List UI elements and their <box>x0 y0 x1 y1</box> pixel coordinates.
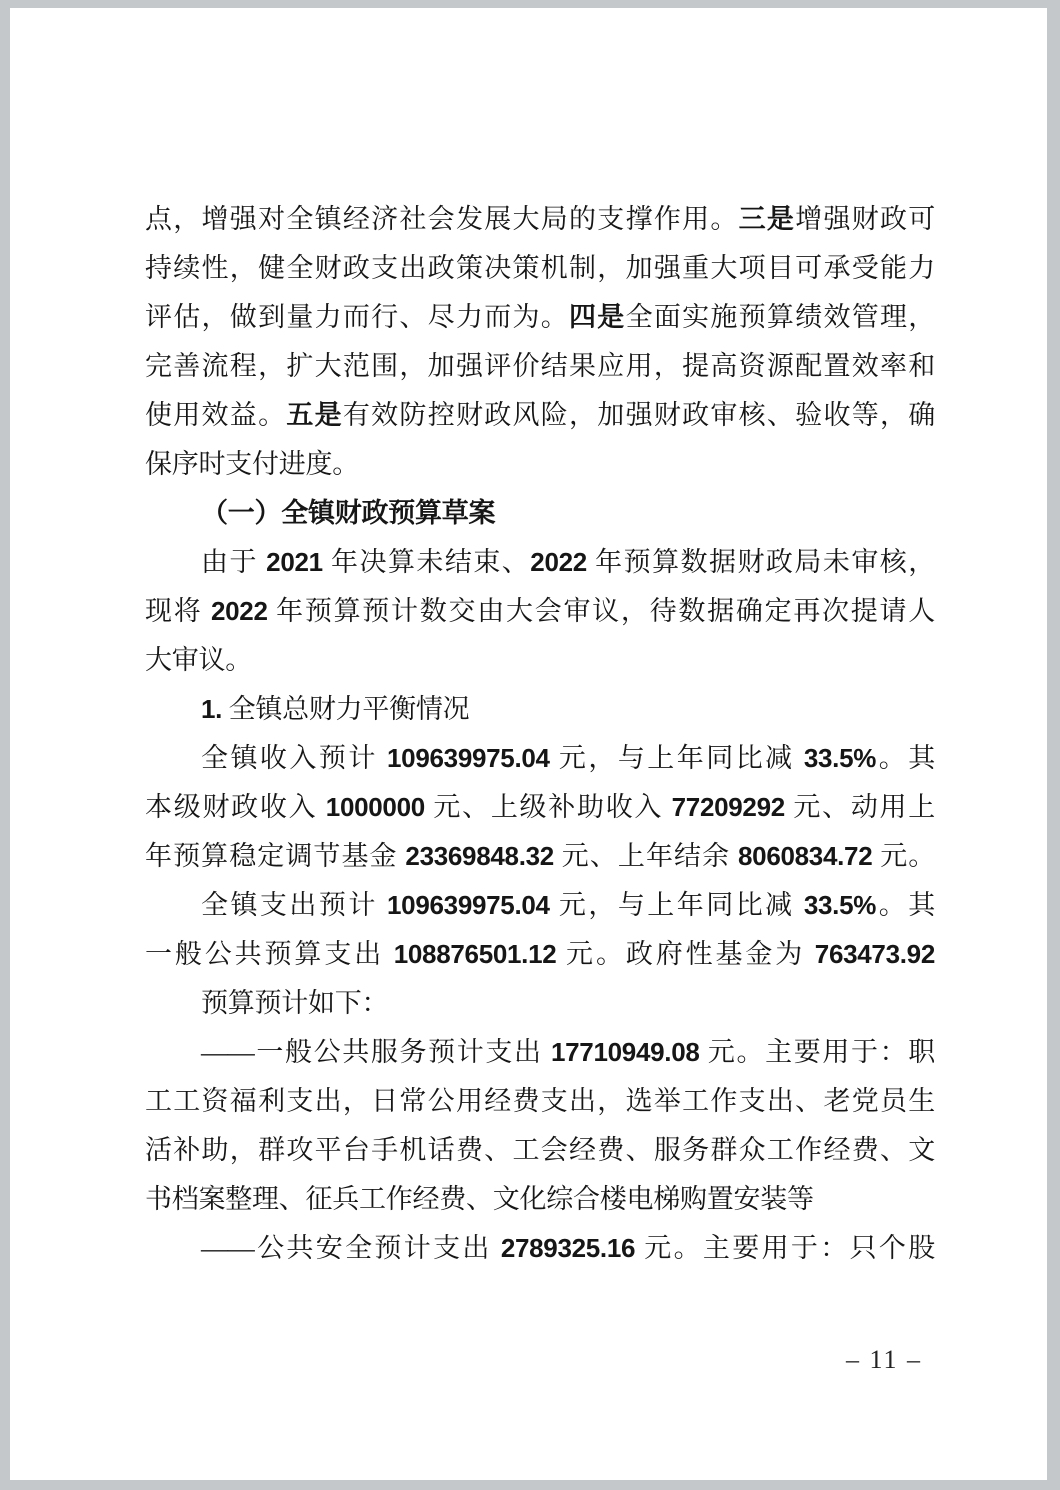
cjk-text: 元。主要用于：职 <box>700 1037 935 1067</box>
cjk-text: ——公共安全预计支出 <box>201 1233 501 1263</box>
cjk-text: 元，与上年同比减 <box>550 743 804 773</box>
cjk-text: 元，与上年同比减 <box>550 890 804 920</box>
document-page: 点，增强对全镇经济社会发展大局的支撑作用。三是增强财政可持续性，健全财政支出政策… <box>10 8 1047 1480</box>
text-line: ——公共安全预计支出 2789325.16 元。主要用于：只个股 <box>145 1224 935 1273</box>
cjk-text: 全镇收入预计 <box>201 743 387 773</box>
text-line: 完善流程，扩大范围，加强评价结果应用，提高资源配置效率和 <box>145 342 935 391</box>
cjk-text: 元、上年结余 <box>554 841 738 871</box>
cjk-text: 点，增强对全镇经济社会发展大局的支撑作用。 <box>145 204 739 234</box>
text-line: 书档案整理、征兵工作经费、文化综合楼电梯购置安装等 <box>145 1175 935 1224</box>
text-line: 持续性，健全财政支出政策决策机制，加强重大项目可承受能力 <box>145 244 935 293</box>
number-text: 109639975.04 <box>387 890 550 920</box>
text-line: 点，增强对全镇经济社会发展大局的支撑作用。三是增强财政可 <box>145 195 935 244</box>
number-text: 1000000 <box>326 792 425 822</box>
cjk-text: 年决算未结束、 <box>323 547 530 577</box>
number-text: 2022 <box>530 547 587 577</box>
cjk-text: 全面实施预算绩效管理， <box>626 302 935 332</box>
page-number: – 11 – <box>804 1345 964 1375</box>
number-text: 108876501.12 <box>394 939 557 969</box>
cjk-text: 元。政府性基金为 <box>556 939 814 969</box>
number-text: 77209292 <box>672 792 785 822</box>
cjk-text: 五是 <box>286 400 343 430</box>
text-line: 由于 2021 年决算未结束、2022 年预算数据财政局未审核， <box>145 538 935 587</box>
cjk-text: 大审议。 <box>145 645 252 675</box>
cjk-text: 增强财政可 <box>795 204 935 234</box>
text-line: 使用效益。五是有效防控财政风险，加强财政审核、验收等，确 <box>145 391 935 440</box>
cjk-text: 元。主要用于：只个股 <box>635 1233 935 1263</box>
cjk-text: 年预算数据财政局未审核， <box>587 547 935 577</box>
cjk-text: 一般公共预算支出 <box>145 939 394 969</box>
cjk-text: 全镇总财力平衡情况 <box>222 694 469 724</box>
cjk-text: 有效防控财政风险，加强财政审核、验收等，确 <box>343 400 935 430</box>
number-text: 33.5% <box>804 890 876 920</box>
number-text: 763473.92 <box>815 939 935 969</box>
cjk-text: ——一般公共服务预计支出 <box>201 1037 551 1067</box>
number-text: 8060834.72 <box>738 841 872 871</box>
cjk-text: 本级财政收入 <box>145 792 326 822</box>
text-line: 工工资福利支出，日常公用经费支出，选举工作支出、老党员生 <box>145 1077 935 1126</box>
cjk-text: 活补助，群攻平台手机话费、工会经费、服务群众工作经费、文 <box>145 1135 935 1165</box>
number-text: 1. <box>201 694 222 724</box>
cjk-text: 评估，做到量力而行、尽力而为。 <box>145 302 569 332</box>
text-block: 点，增强对全镇经济社会发展大局的支撑作用。三是增强财政可持续性，健全财政支出政策… <box>145 195 935 1273</box>
cjk-text: 现将 <box>145 596 211 626</box>
cjk-text: 书档案整理、征兵工作经费、文化综合楼电梯购置安装等 <box>145 1184 814 1214</box>
number-text: 2022 <box>211 596 268 626</box>
cjk-text: 使用效益。 <box>145 400 286 430</box>
text-line: ——一般公共服务预计支出 17710949.08 元。主要用于：职 <box>145 1028 935 1077</box>
cjk-text: 元。 <box>872 841 935 871</box>
text-line: 本级财政收入 1000000 元、上级补助收入 77209292 元、动用上 <box>145 783 935 832</box>
number-text: 23369848.32 <box>405 841 554 871</box>
cjk-text: 元、动用上 <box>785 792 935 822</box>
text-line: 评估，做到量力而行、尽力而为。四是全面实施预算绩效管理， <box>145 293 935 342</box>
cjk-text: 预算预计如下： <box>201 988 388 1018</box>
text-line: 全镇支出预计 109639975.04 元，与上年同比减 33.5%。其中： <box>145 881 935 930</box>
text-line: 1. 全镇总财力平衡情况 <box>145 685 935 734</box>
cjk-text: 四是 <box>569 302 626 332</box>
page-background: 点，增强对全镇经济社会发展大局的支撑作用。三是增强财政可持续性，健全财政支出政策… <box>0 0 1060 1490</box>
text-line: 一般公共预算支出 108876501.12 元。政府性基金为 763473.92… <box>145 930 935 979</box>
text-line: 大审议。 <box>145 636 935 685</box>
cjk-text: 年预算稳定调节基金 <box>145 841 405 871</box>
number-text: 17710949.08 <box>551 1037 700 1067</box>
number-text: 2021 <box>266 547 323 577</box>
text-line: 全镇收入预计 109639975.04 元，与上年同比减 33.5%。其中： <box>145 734 935 783</box>
cjk-text: 三是 <box>739 204 796 234</box>
cjk-text: 完善流程，扩大范围，加强评价结果应用，提高资源配置效率和 <box>145 351 935 381</box>
cjk-text: 由于 <box>201 547 266 577</box>
cjk-text: 年预算预计数交由大会审议，待数据确定再次提请人 <box>268 596 935 626</box>
text-line: 现将 2022 年预算预计数交由大会审议，待数据确定再次提请人 <box>145 587 935 636</box>
text-line: （一）全镇财政预算草案 <box>145 489 935 538</box>
number-text: 109639975.04 <box>387 743 550 773</box>
number-text: 2789325.16 <box>501 1233 635 1263</box>
text-line: 预算预计如下： <box>145 979 935 1028</box>
text-line: 年预算稳定调节基金 23369848.32 元、上年结余 8060834.72 … <box>145 832 935 881</box>
cjk-text: 元、上级补助收入 <box>425 792 672 822</box>
text-line: 保序时支付进度。 <box>145 440 935 489</box>
cjk-text: 持续性，健全财政支出政策决策机制，加强重大项目可承受能力 <box>145 253 935 283</box>
cjk-text: 全镇支出预计 <box>201 890 387 920</box>
cjk-text: （一）全镇财政预算草案 <box>201 498 495 528</box>
cjk-text: 保序时支付进度。 <box>145 449 359 479</box>
text-line: 活补助，群攻平台手机话费、工会经费、服务群众工作经费、文 <box>145 1126 935 1175</box>
cjk-text: 工工资福利支出，日常公用经费支出，选举工作支出、老党员生 <box>145 1086 935 1116</box>
number-text: 33.5% <box>804 743 876 773</box>
